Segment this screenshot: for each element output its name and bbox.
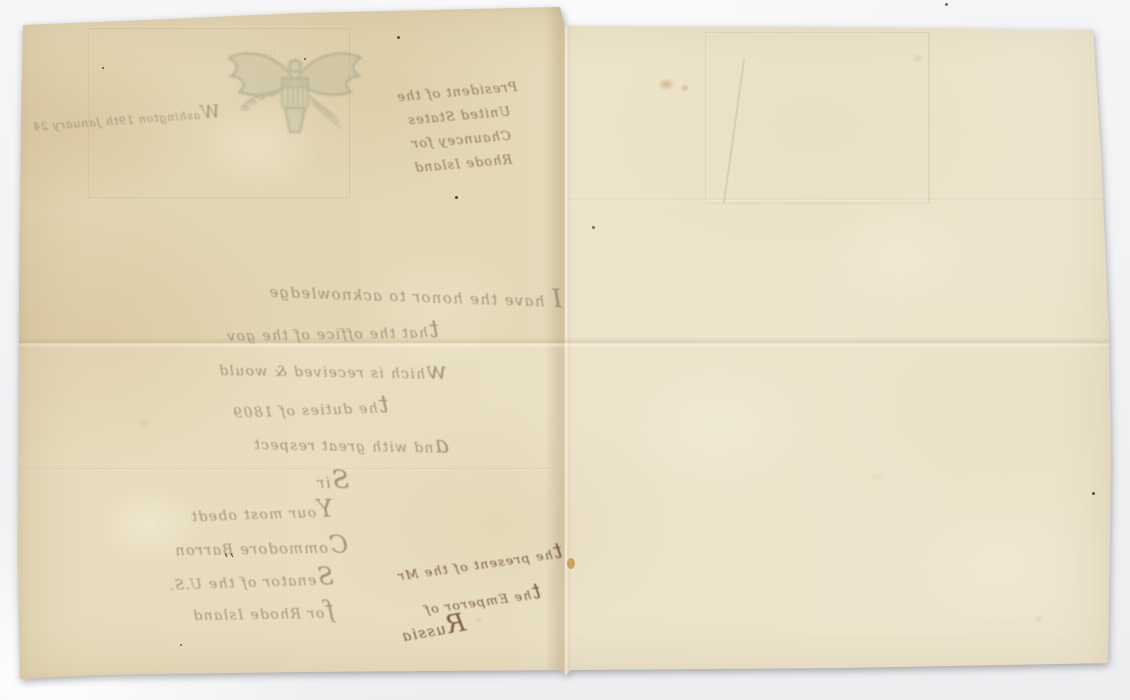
bleed-body-line: Commodore Barron [174,529,348,561]
bleed-date-line: Washington 19th January 24 [31,101,220,135]
vertical-center-fold [545,5,571,681]
ink-speck [592,226,595,229]
crease-right-upper [568,198,1108,201]
horizontal-center-fold [18,337,1115,349]
wax-seal-dot [567,558,575,569]
tone-right-half [565,5,1115,681]
embossed-panel-right [705,32,930,204]
emblem-caption-marks: ········ [243,52,278,59]
foxing-stain [1034,615,1044,623]
ink-speck [455,196,458,199]
ink-speck [397,36,400,39]
ink-spot-marks: ,, [222,541,234,559]
bleed-closing-line: Russia [398,608,468,649]
eagle-emblem-icon [225,42,365,147]
bleed-body-line: Your most obedt [190,495,334,528]
photo-background: ········ [0,0,1130,700]
bleed-body-line: Sir [316,465,349,495]
foxing-stain [658,78,675,91]
ink-speck [1092,492,1095,495]
ink-speck [304,58,306,60]
bleed-address-block: President of the United States Chauncey … [388,75,532,182]
bleed-body-line: I have the honor to acknowledge [268,274,563,314]
foxing-stain [868,471,886,483]
vertical-crease-mark [928,33,929,203]
bleed-body-line: for Rhode Island [192,596,335,626]
letter-sheet-verso: ········ [18,5,1115,681]
bleed-body-line: that the office of the gov [226,315,439,347]
bleed-body-line: Senator of the U.S. [168,562,335,596]
foxing-stain [136,417,152,429]
foxing-stain [911,53,925,63]
bleed-body-line: which is received & would [218,353,447,385]
bleed-body-line: and with great respect [253,427,449,458]
ink-speck [180,644,182,646]
crease-right-lower [568,638,1103,640]
foxing-stain [680,84,690,92]
foxing-stain [473,615,485,624]
crease-left-lower [18,468,558,471]
paper-wrapper: ········ [0,0,1130,700]
diagonal-crease-mark [723,59,745,204]
ink-speck [102,67,104,69]
bleed-body-line: the duties of 1809 [232,390,389,423]
